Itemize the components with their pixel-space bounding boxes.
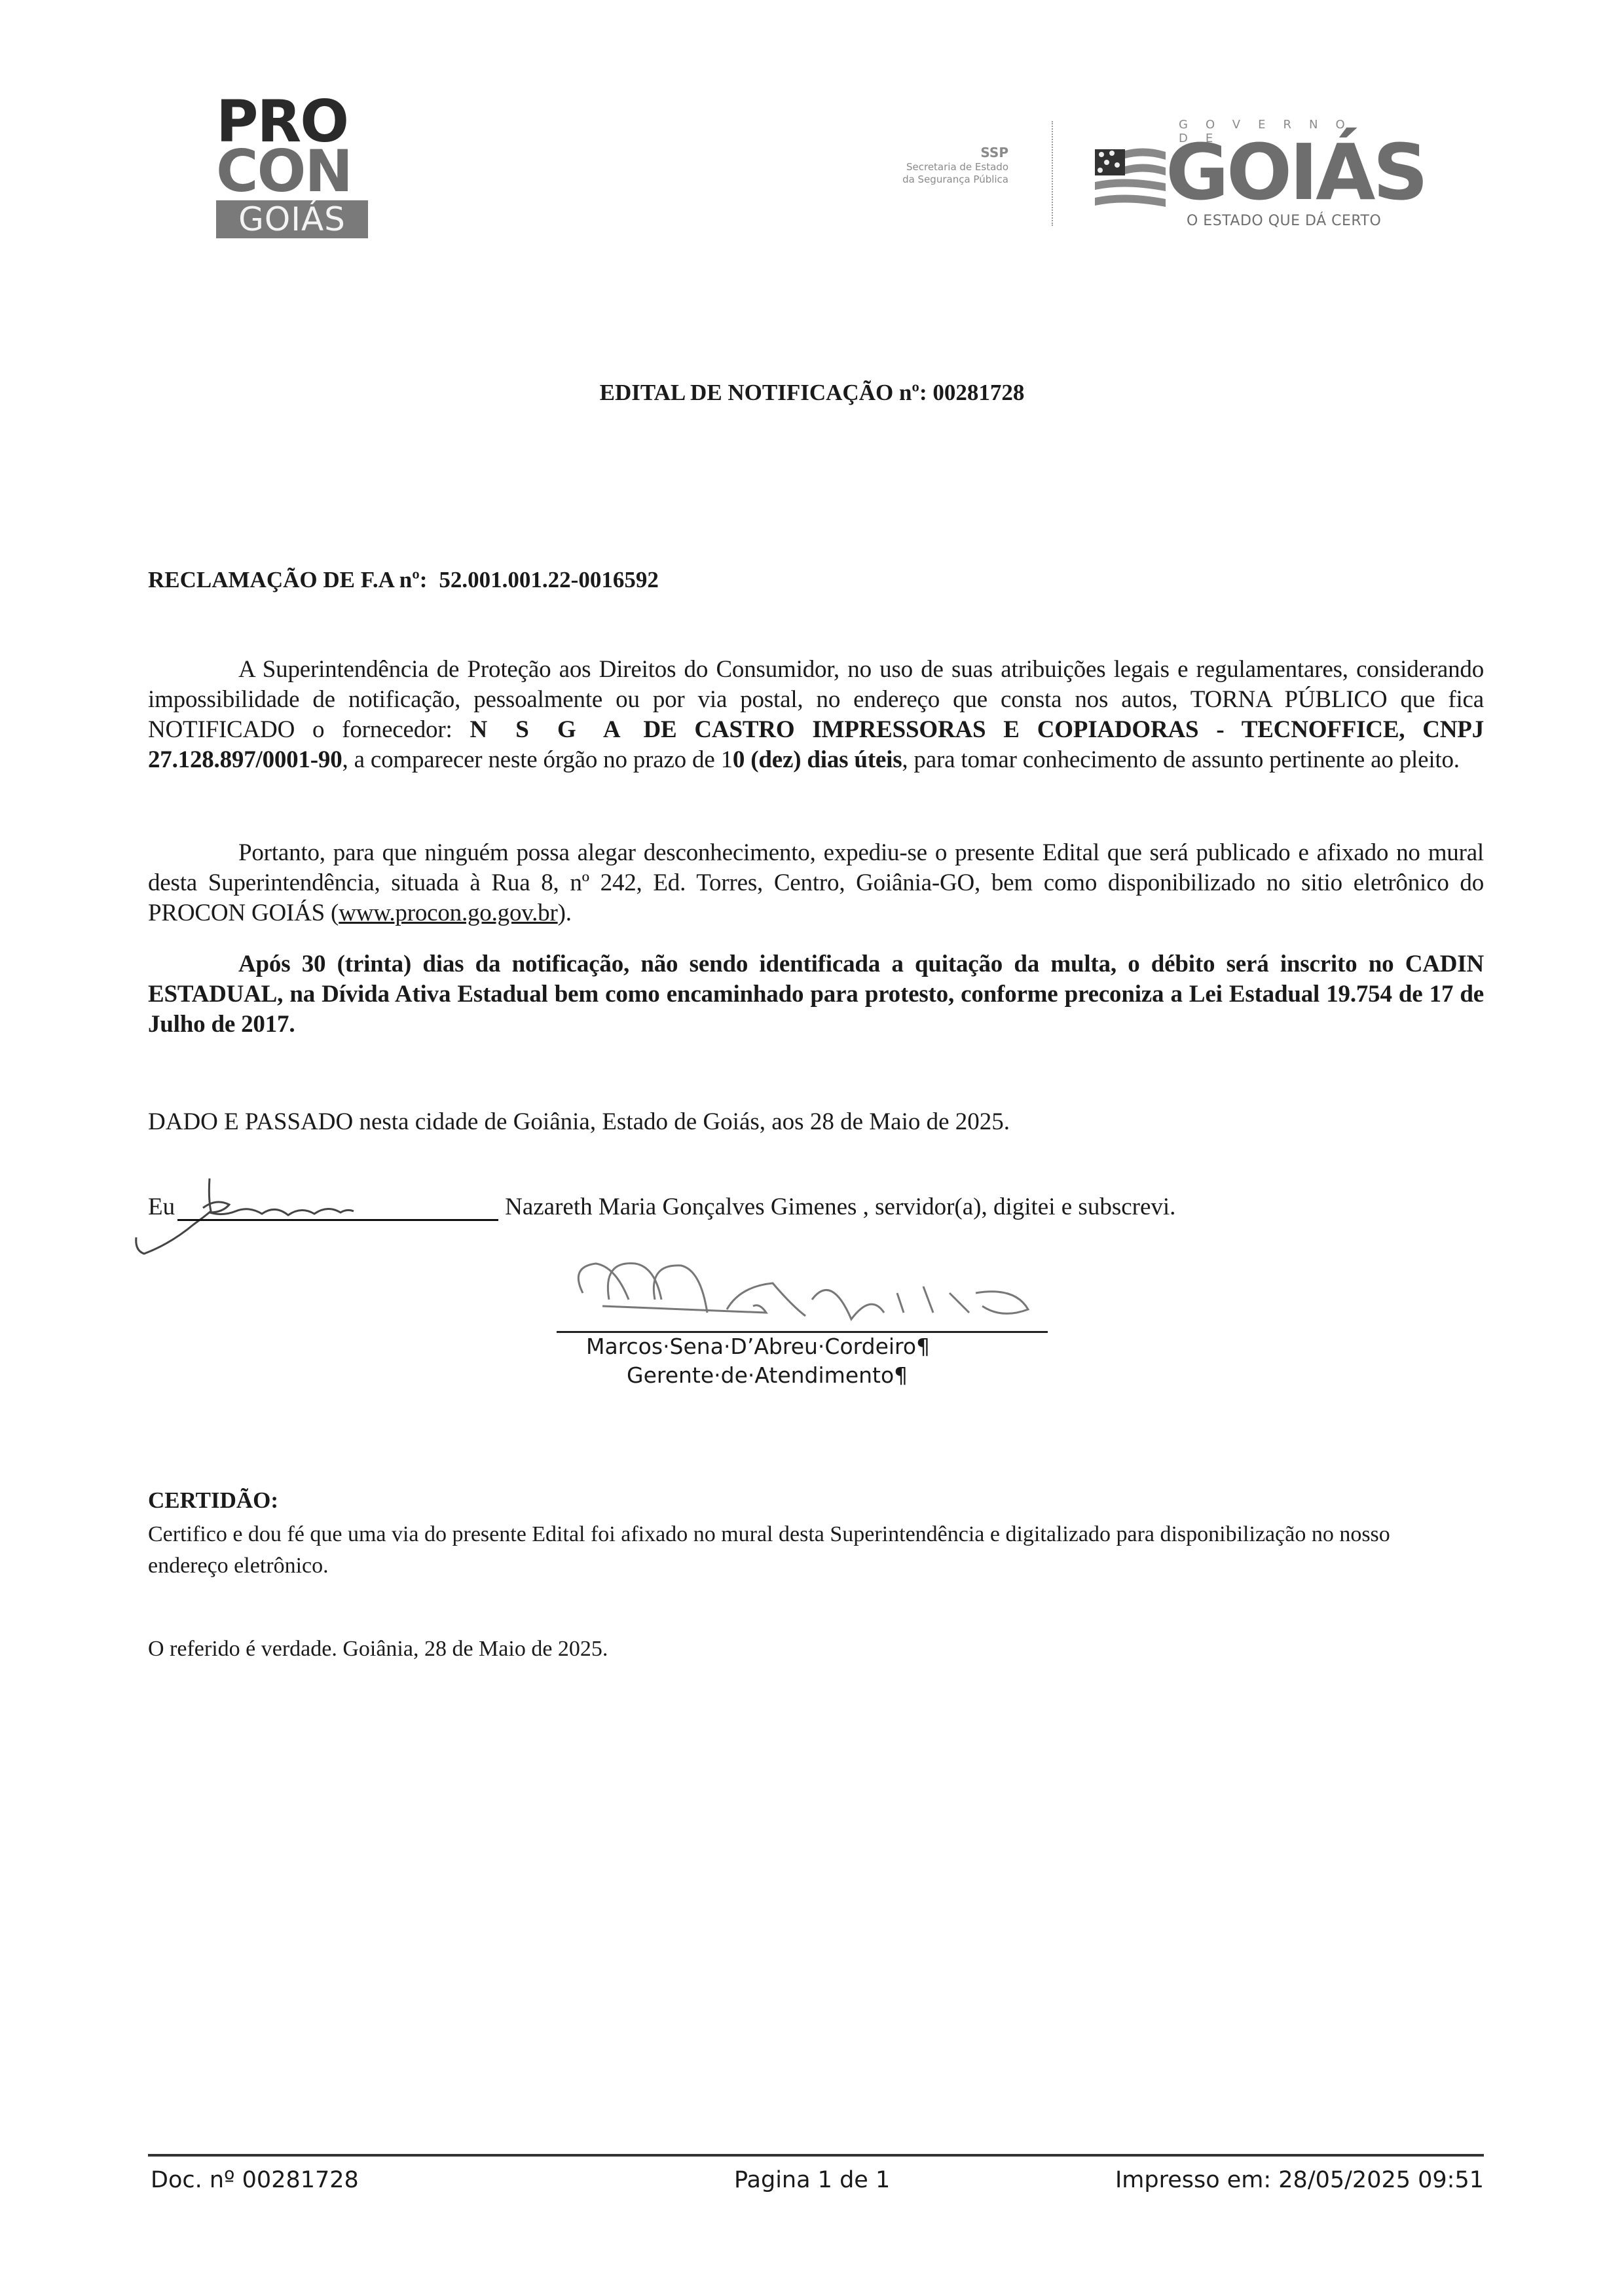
p1-tail: , para tomar conhecimento de assunto per…	[902, 746, 1459, 773]
fa-number: 52.001.001.22-0016592	[439, 567, 658, 592]
notification-paragraph: A Superintendência de Proteção aos Direi…	[148, 655, 1484, 775]
dado-passado-line: DADO E PASSADO nesta cidade de Goiânia, …	[148, 1108, 1010, 1136]
procon-goias-logo: PRO CON GOIÁS	[211, 97, 376, 247]
supplier-initials: N S G A	[470, 716, 625, 743]
certidao-heading: CERTIDÃO:	[148, 1487, 278, 1514]
p2-close: ).	[558, 900, 572, 926]
typist-line: EuNazareth Maria Gonçalves Gimenes , ser…	[148, 1193, 1175, 1221]
certidao-body: Certifico e dou fé que uma via do presen…	[148, 1519, 1392, 1582]
typist-statement: Nazareth Maria Gonçalves Gimenes , servi…	[505, 1194, 1175, 1220]
governo-goias-logo: GOVERNO DE GOIÁS O ESTADO QUE DÁ CERTO	[1087, 118, 1441, 236]
fa-reference: RECLAMAÇÃO DE F.A nº:52.001.001.22-00165…	[148, 567, 659, 593]
certidao-closing: O referido é verdade. Goiânia, 28 de Mai…	[148, 1637, 608, 1662]
ssp-line1: Secretaria de Estado	[851, 161, 1008, 173]
ssp-acronym: SSP	[851, 144, 1008, 161]
ssp-logo: SSP Secretaria de Estado da Segurança Pú…	[851, 144, 1008, 186]
typist-signature-line	[177, 1195, 498, 1221]
document-title: EDITAL DE NOTIFICAÇÃO nº: 00281728	[0, 380, 1624, 406]
signer-block: Marcos·Sena·D’Abreu·Cordeiro¶ Gerente·de…	[586, 1332, 930, 1390]
p1-mid: , a comparecer neste órgão no prazo de 1	[342, 746, 733, 773]
procon-website-link[interactable]: www.procon.go.gov.br	[339, 900, 557, 926]
manager-signature-icon	[557, 1254, 1054, 1326]
deadline: 0 (dez) dias úteis	[733, 746, 902, 773]
goias-flag-icon	[1092, 145, 1170, 208]
logo-divider	[1052, 121, 1053, 226]
goias-wordmark: GOIÁS	[1166, 130, 1426, 215]
footer-page-number: Pagina 1 de 1	[734, 2167, 890, 2193]
footer-printed-at: Impresso em: 28/05/2025 09:51	[1115, 2167, 1484, 2193]
signer-name: Marcos·Sena·D’Abreu·Cordeiro¶	[586, 1332, 930, 1361]
procon-logo-band: GOIÁS	[216, 200, 368, 238]
fa-label: RECLAMAÇÃO DE F.A nº:	[148, 567, 427, 592]
signer-role: Gerente·de·Atendimento¶	[586, 1361, 930, 1390]
publication-paragraph: Portanto, para que ninguém possa alegar …	[148, 838, 1484, 928]
typist-prefix: Eu	[148, 1193, 175, 1221]
goias-tagline: O ESTADO QUE DÁ CERTO	[1187, 213, 1381, 229]
ssp-line2: da Segurança Pública	[851, 173, 1008, 186]
footer-doc-number: Doc. nº 00281728	[151, 2167, 359, 2193]
debt-warning-paragraph: Após 30 (trinta) dias da notificação, nã…	[148, 949, 1484, 1040]
footer-divider	[148, 2154, 1484, 2157]
page-footer: Doc. nº 00281728 Pagina 1 de 1 Impresso …	[148, 2167, 1484, 2200]
procon-logo-line2: CON	[211, 147, 376, 196]
